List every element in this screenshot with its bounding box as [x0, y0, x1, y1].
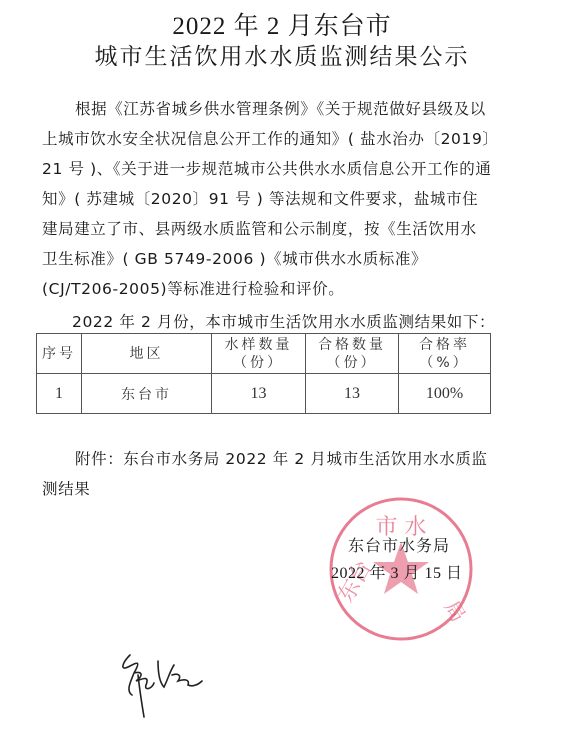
cell-samples: 13: [212, 374, 306, 414]
attachment-text: 附件：东台市水务局 2022 年 2 月城市生活饮用水水质监测结果: [42, 450, 488, 498]
cell-region: 东台市: [82, 374, 212, 414]
header-rate: 合格率（%）: [399, 334, 491, 374]
cell-index: 1: [37, 374, 82, 414]
body-paragraph-text: 根据《江苏省城乡供水管理条例》《关于规范做好县级及以上城市饮水安全状况信息公开工…: [42, 100, 491, 298]
document-title-line1: 2022 年 2 月东台市: [0, 6, 564, 42]
cell-rate: 100%: [399, 374, 491, 414]
header-samples: 水样数量（份）: [212, 334, 306, 374]
cell-qualified: 13: [306, 374, 399, 414]
table-header-row: 序号 地区 水样数量（份） 合格数量（份） 合格率（%）: [37, 334, 491, 374]
issue-date: 2022 年 3 月 15 日: [331, 560, 463, 583]
header-region: 地区: [82, 334, 212, 374]
header-index: 序号: [37, 334, 82, 374]
header-qualified: 合格数量（份）: [306, 334, 399, 374]
results-lead-text: 2022 年 2 月份，本市城市生活饮用水水质监测结果如下：: [72, 310, 495, 332]
document-title-line2: 城市生活饮用水水质监测结果公示: [0, 38, 564, 71]
svg-text:局: 局: [440, 597, 471, 626]
issuing-organization: 东台市水务局: [348, 533, 450, 556]
handwritten-signature-icon: [112, 645, 222, 725]
results-table: 序号 地区 水样数量（份） 合格数量（份） 合格率（%） 1 东台市 13 13…: [36, 333, 491, 414]
body-paragraph: 根据《江苏省城乡供水管理条例》《关于规范做好县级及以上城市饮水安全状况信息公开工…: [42, 94, 492, 304]
table-row: 1 东台市 13 13 100%: [37, 374, 491, 414]
